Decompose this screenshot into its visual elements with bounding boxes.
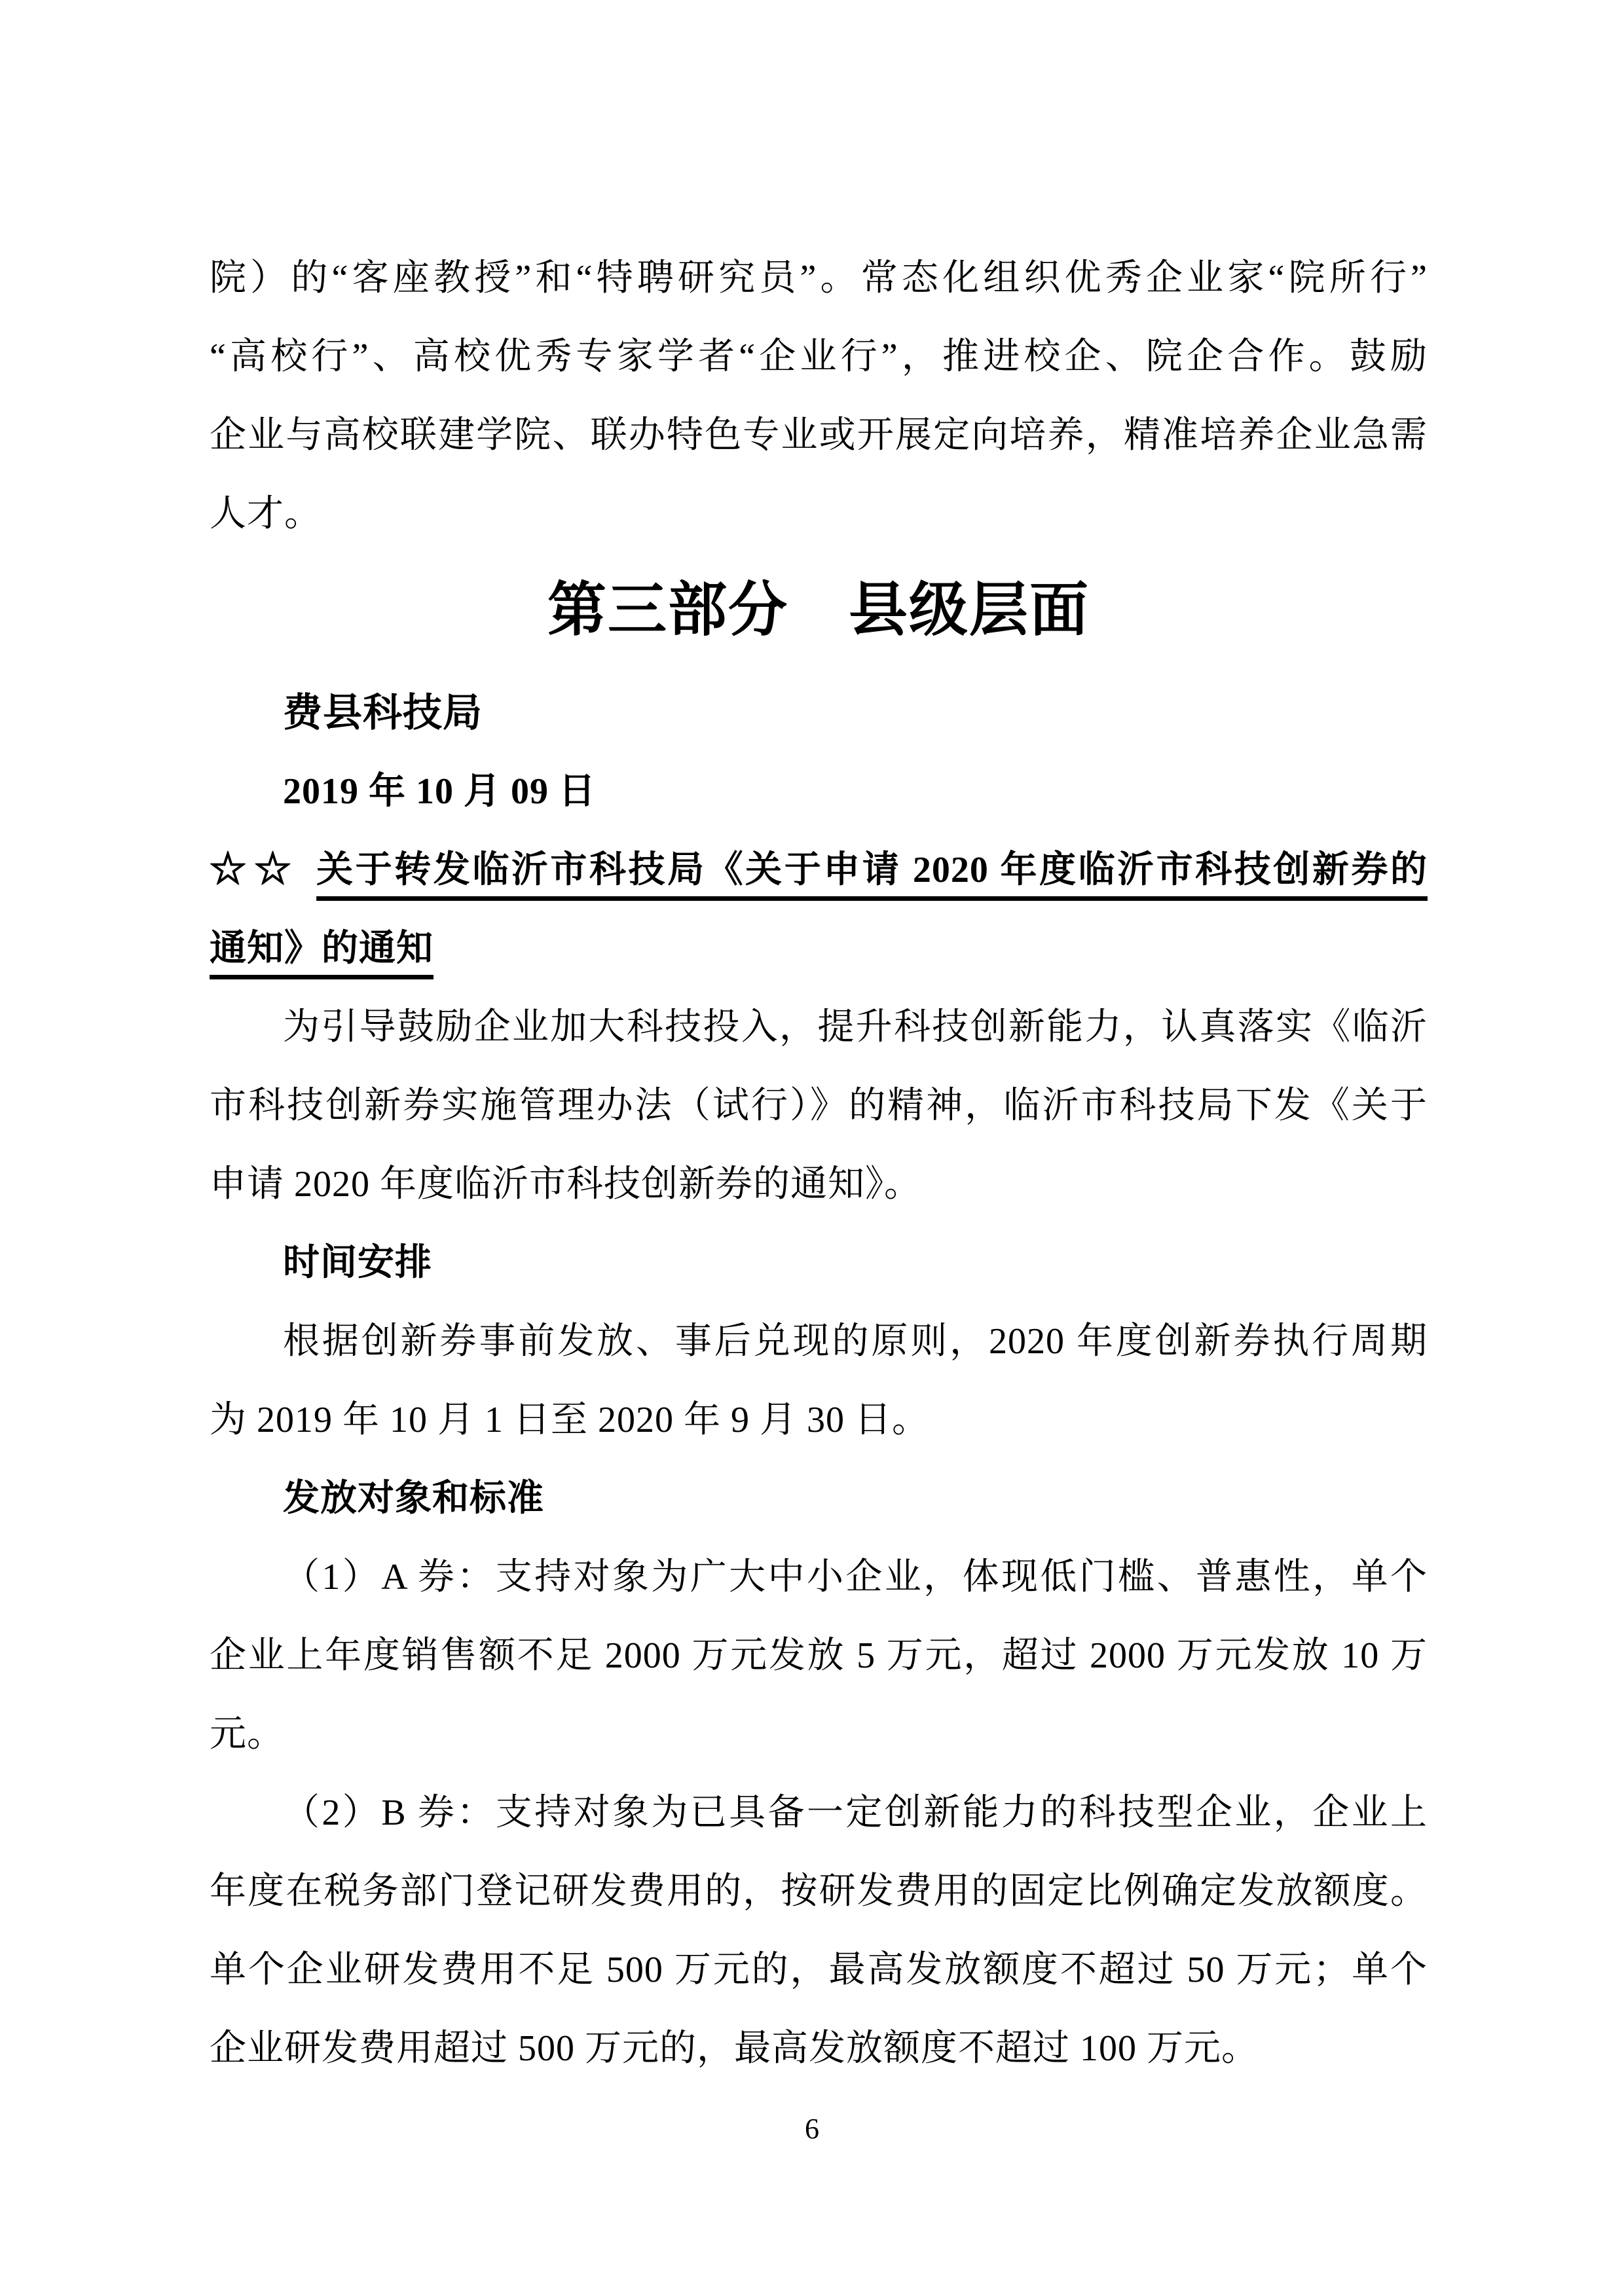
text-line: 元。: [210, 1695, 1428, 1774]
paragraph: 院）的“客座教授”和“特聘研究员”。常态化组织优秀企业家“院所行”“高校行”、高…: [210, 239, 1428, 553]
page-number: 6: [0, 2113, 1624, 2145]
notice-title-line-1: ☆☆关于转发临沂市科技局《关于申请 2020 年度临沂市科技创新券的: [210, 831, 1428, 909]
paragraph: （2）B 券：支持对象为已具备一定创新能力的科技型企业，企业上年度在税务部门登记…: [210, 1774, 1428, 2088]
text-line: 为 2019 年 10 月 1 日至 2020 年 9 月 30 日。: [210, 1381, 1428, 1459]
text-line: 年度在税务部门登记研发费用的，按研发费用的固定比例确定发放额度。: [210, 1852, 1428, 1931]
star-icon: ☆☆: [210, 850, 299, 890]
paragraph: 根据创新券事前发放、事后兑现的原则，2020 年度创新券执行周期为 2019 年…: [210, 1302, 1428, 1459]
text-line: （2）B 券：支持对象为已具备一定创新能力的科技型企业，企业上: [210, 1774, 1428, 1852]
text-line: 为引导鼓励企业加大科技投入，提升科技创新能力，认真落实《临沂: [210, 988, 1428, 1066]
text-line: 院）的“客座教授”和“特聘研究员”。常态化组织优秀企业家“院所行”: [210, 239, 1428, 318]
text-line: 根据创新券事前发放、事后兑现的原则，2020 年度创新券执行周期: [210, 1302, 1428, 1381]
document-content: 院）的“客座教授”和“特聘研究员”。常态化组织优秀企业家“院所行”“高校行”、高…: [210, 239, 1428, 2088]
agency-name: 费县科技局: [210, 674, 1428, 752]
text-line: “高校行”、高校优秀专家学者“企业行”，推进校企、院企合作。鼓励: [210, 318, 1428, 396]
document-page: 院）的“客座教授”和“特聘研究员”。常态化组织优秀企业家“院所行”“高校行”、高…: [0, 0, 1624, 2296]
paragraph: 为引导鼓励企业加大科技投入，提升科技创新能力，认真落实《临沂市科技创新券实施管理…: [210, 988, 1428, 1224]
notice-title-text: 通知》的通知: [210, 928, 434, 969]
text-line: 申请 2020 年度临沂市科技创新券的通知》。: [210, 1145, 1428, 1224]
sub-heading: 时间安排: [210, 1224, 1428, 1302]
text-line: 市科技创新券实施管理办法（试行）》的精神，临沂市科技局下发《关于: [210, 1066, 1428, 1145]
notice-title-line-2: 通知》的通知: [210, 909, 1428, 988]
paragraph: （1）A 券：支持对象为广大中小企业，体现低门槛、普惠性，单个企业上年度销售额不…: [210, 1538, 1428, 1774]
text-line: 企业与高校联建学院、联办特色专业或开展定向培养，精准培养企业急需: [210, 396, 1428, 475]
text-line: 企业研发费用超过 500 万元的，最高发放额度不超过 100 万元。: [210, 2009, 1428, 2088]
sub-heading: 2019 年 10 月 09 日: [210, 752, 1428, 831]
notice-title: ☆☆关于转发临沂市科技局《关于申请 2020 年度临沂市科技创新券的通知》的通知: [210, 831, 1428, 988]
text-line: 人才。: [210, 475, 1428, 553]
notice-title-text: 关于转发临沂市科技局《关于申请 2020 年度临沂市科技创新券的: [316, 850, 1428, 890]
text-line: 单个企业研发费用不足 500 万元的，最高发放额度不超过 50 万元；单个: [210, 1931, 1428, 2009]
text-line: 企业上年度销售额不足 2000 万元发放 5 万元，超过 2000 万元发放 1…: [210, 1616, 1428, 1695]
sub-heading: 发放对象和标准: [210, 1459, 1428, 1538]
text-line: （1）A 券：支持对象为广大中小企业，体现低门槛、普惠性，单个: [210, 1538, 1428, 1616]
section-heading: 第三部分 县级层面: [210, 558, 1428, 663]
